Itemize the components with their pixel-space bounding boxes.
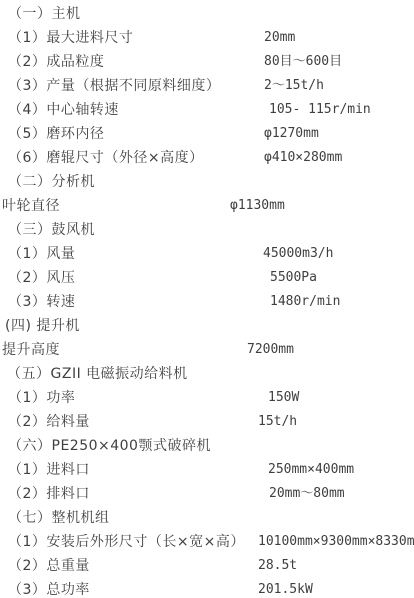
- row-label: （6）磨辊尺寸（外径×高度）: [8, 146, 204, 170]
- spec-row: （2）给料量15t/h: [0, 410, 414, 434]
- spec-row: （1）功率150W: [0, 386, 414, 410]
- row-value: 20mm: [264, 26, 295, 50]
- row-label: （三）鼓风机: [8, 218, 95, 242]
- spec-row: （六）PE250×400颚式破碎机: [0, 434, 414, 458]
- row-value: 2～15t/h: [264, 74, 324, 98]
- row-label: （一）主机: [8, 2, 81, 26]
- row-value: φ1270mm: [264, 122, 319, 146]
- spec-row: （1）安装后外形尺寸（长×宽×高）10100mm×9300mm×8330mm: [0, 530, 414, 554]
- row-label: （4）中心轴转速: [8, 98, 119, 122]
- row-label: （五）GZII 电磁振动给料机: [7, 362, 188, 386]
- row-label: （2）成品粒度: [8, 50, 104, 74]
- row-label: （1）风量: [8, 242, 75, 266]
- spec-row: （2）排料口20mm～80mm: [0, 482, 414, 506]
- spec-row: （1）最大进料尺寸20mm: [0, 26, 414, 50]
- spec-row: （2）成品粒度80目～600目: [0, 50, 414, 74]
- spec-row: （一）主机: [0, 2, 414, 26]
- row-value: 150W: [268, 386, 299, 410]
- row-label: （1）进料口: [8, 458, 90, 482]
- row-value: 105- 115r/min: [269, 98, 371, 122]
- spec-row: （二）分析机: [0, 170, 414, 194]
- row-value: 15t/h: [258, 410, 297, 434]
- row-value: 45000m3/h: [263, 242, 333, 266]
- row-value: 250mm×400mm: [268, 458, 354, 482]
- row-value: φ410×280mm: [264, 146, 342, 170]
- spec-row: （3）产量（根据不同原料细度）2～15t/h: [0, 74, 414, 98]
- row-label: （2）风压: [8, 266, 75, 290]
- spec-row: （2）风压5500Pa: [0, 266, 414, 290]
- row-label: （2）总重量: [8, 554, 90, 578]
- row-label: （5）磨环内径: [8, 122, 104, 146]
- spec-row: 提升高度7200mm: [0, 338, 414, 362]
- row-value: φ1130mm: [230, 194, 285, 218]
- row-label: （六）PE250×400颚式破碎机: [8, 434, 211, 458]
- row-value: 10100mm×9300mm×8330mm: [258, 530, 414, 554]
- row-label: （2）排料口: [8, 482, 90, 506]
- spec-row: （三）鼓风机: [0, 218, 414, 242]
- row-label: (四) 提升机: [5, 314, 80, 338]
- row-label: （1）功率: [8, 386, 75, 410]
- spec-row: (四) 提升机: [0, 314, 414, 338]
- row-value: 5500Pa: [270, 266, 317, 290]
- row-label: （二）分析机: [8, 170, 95, 194]
- spec-row: （1）风量45000m3/h: [0, 242, 414, 266]
- row-value: 201.5kW: [258, 578, 313, 598]
- spec-row: （4）中心轴转速105- 115r/min: [0, 98, 414, 122]
- spec-row: （五）GZII 电磁振动给料机: [0, 362, 414, 386]
- row-label: 提升高度: [2, 338, 60, 362]
- row-label: （3）总功率: [8, 578, 90, 598]
- spec-row: （6）磨辊尺寸（外径×高度）φ410×280mm: [0, 146, 414, 170]
- spec-row: （3）总功率201.5kW: [0, 578, 414, 598]
- row-label: （1）安装后外形尺寸（长×宽×高）: [8, 530, 245, 554]
- row-value: 1480r/min: [270, 290, 340, 314]
- spec-row: （5）磨环内径φ1270mm: [0, 122, 414, 146]
- spec-row: （七）整机机组: [0, 506, 414, 530]
- spec-row: （2）总重量28.5t: [0, 554, 414, 578]
- row-value: 28.5t: [258, 554, 297, 578]
- row-label: （1）最大进料尺寸: [8, 26, 133, 50]
- spec-document: （一）主机（1）最大进料尺寸20mm（2）成品粒度80目～600目（3）产量（根…: [0, 0, 414, 598]
- row-label: （3）产量（根据不同原料细度）: [8, 74, 220, 98]
- spec-row: （3）转速1480r/min: [0, 290, 414, 314]
- row-label: （2）给料量: [8, 410, 90, 434]
- row-value: 80目～600目: [264, 50, 342, 74]
- spec-row: （1）进料口250mm×400mm: [0, 458, 414, 482]
- row-label: （3）转速: [8, 290, 75, 314]
- row-label: 叶轮直径: [2, 194, 60, 218]
- spec-row: 叶轮直径φ1130mm: [0, 194, 414, 218]
- row-value: 20mm～80mm: [269, 482, 345, 506]
- row-label: （七）整机机组: [8, 506, 110, 530]
- row-value: 7200mm: [247, 338, 294, 362]
